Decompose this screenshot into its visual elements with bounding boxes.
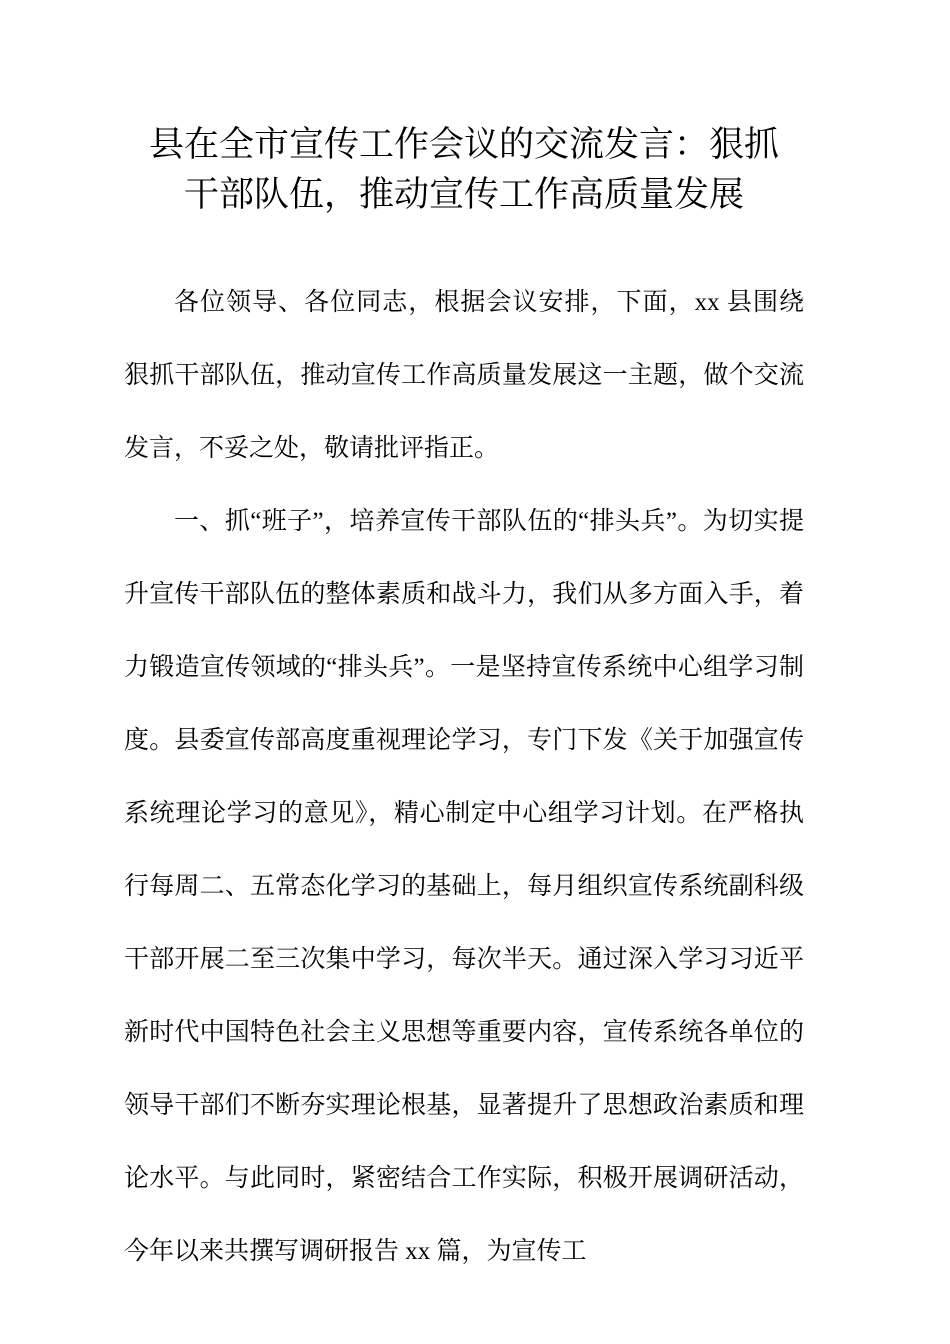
paragraph-intro: 各位领导、各位同志，根据会议安排，下面，xx 县围绕狠抓干部队伍，推动宣传工作高… [124,266,804,485]
document-title: 县在全市宣传工作会议的交流发言：狠抓干部队伍，推动宣传工作高质量发展 [133,120,795,220]
paragraph-section-one: 一、抓“班子”，培养宣传干部队伍的“排头兵”。为切实提升宣传干部队伍的整体素质和… [124,485,804,1288]
document-body: 各位领导、各位同志，根据会议安排，下面，xx 县围绕狠抓干部队伍，推动宣传工作高… [124,266,804,1288]
document-page: 县在全市宣传工作会议的交流发言：狠抓干部队伍，推动宣传工作高质量发展 各位领导、… [0,0,950,1344]
